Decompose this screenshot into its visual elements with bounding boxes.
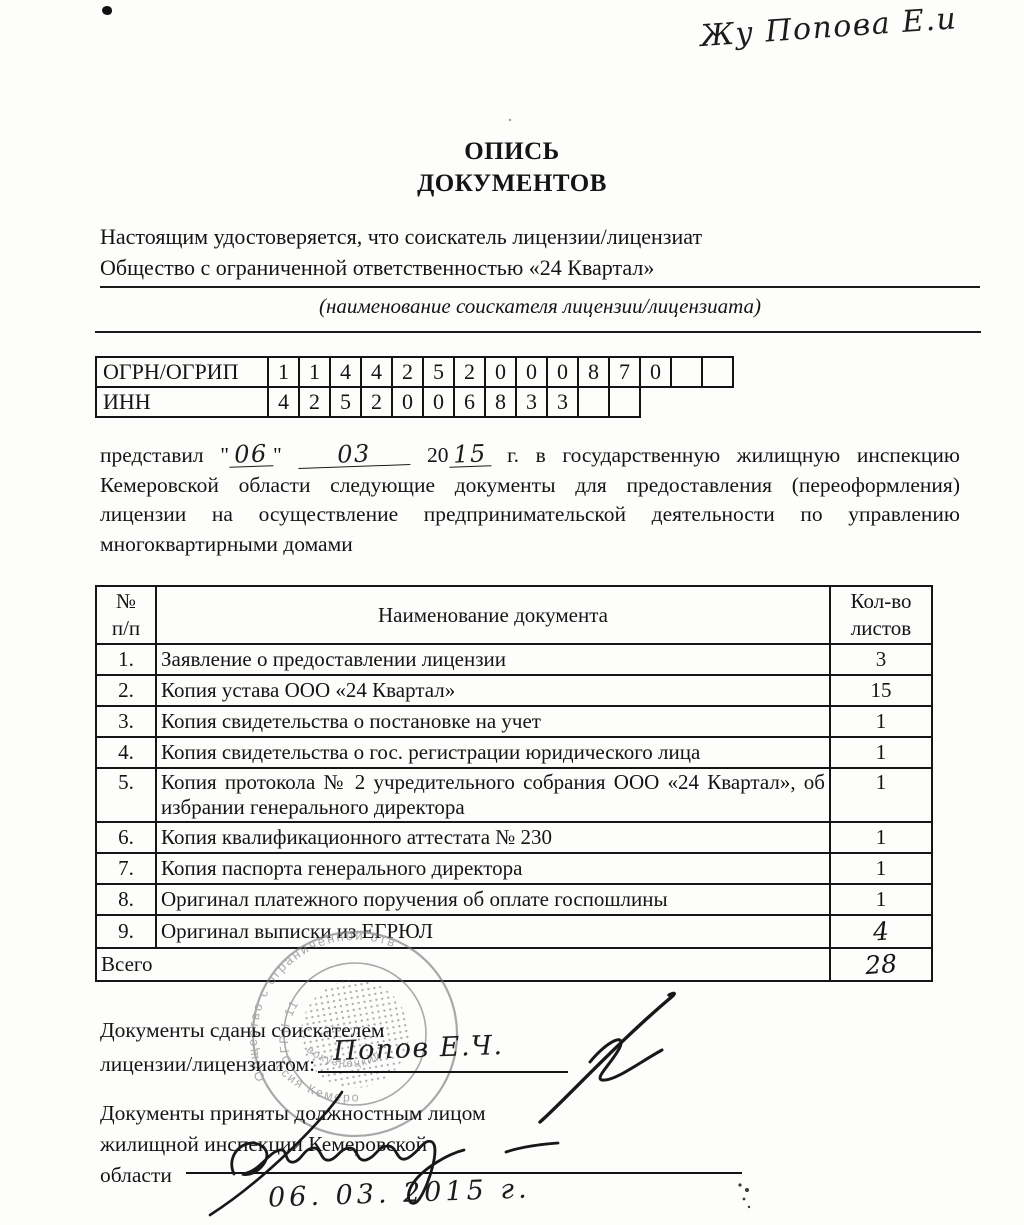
scanned-document-page: Жу Попова Е.и ОПИСЬ ДОКУМЕНТОВ Настоящим… [0,0,1024,1225]
row-name: Копия свидетельства о гос. регистрации ю… [156,737,830,768]
inn-digit-empty [608,386,641,418]
inn-digit: 4 [267,386,300,418]
row-name: Копия паспорта генерального директора [156,853,830,884]
row-count: 1 [830,737,932,768]
ogrn-digit-empty [701,356,734,388]
row-num: 4. [96,737,156,768]
row-count: 3 [830,644,932,675]
row-num: 6. [96,822,156,853]
row-name: Копия свидетельства о постановке на учет [156,706,830,737]
submission-year-prefix: 20 [410,443,448,467]
inn-digit: 8 [484,386,517,418]
ogrn-digit: 0 [484,356,517,388]
header-num-line2: п/п [101,615,151,642]
ogrn-digit: 0 [546,356,579,388]
row-name: Оригинал платежного поручения об оплате … [156,884,830,915]
submission-after-year: г. [491,443,536,467]
row-num: 2. [96,675,156,706]
applicant-signature-flourish [590,1040,662,1080]
inn-digit: 5 [329,386,362,418]
registry-grid: ОГРН/ОГРИП 1 1 4 4 2 5 2 0 0 0 8 7 0 ИНН… [95,356,734,418]
header-count-line2: листов [835,615,927,642]
intro-caption: (наименование соискателя лицензии/лиценз… [100,291,980,322]
table-row: 5. Копия протокола № 2 учредительного со… [96,768,932,822]
ogrn-digit: 7 [608,356,641,388]
received-line2: жилищной инспекции Кемеровской [100,1129,486,1160]
table-row: 1. Заявление о предоставлении лицензии 3 [96,644,932,675]
row-num: 3. [96,706,156,737]
inn-digit: 3 [515,386,548,418]
total-value-handwritten: 28 [829,944,933,984]
intro-block: Настоящим удостоверяется, что соискатель… [100,221,980,322]
ogrn-digit: 1 [267,356,300,388]
inn-digit: 2 [360,386,393,418]
submission-after-day: " [273,443,298,467]
row-num: 8. [96,884,156,915]
top-right-handwriting: Жу Попова Е.и [699,0,1021,54]
horizontal-rule [95,331,981,333]
inn-digit-empty [577,386,610,418]
ink-dot [102,6,112,15]
handwritten-year: 15 [448,441,491,467]
row-count: 1 [830,768,932,822]
table-row: 3. Копия свидетельства о постановке на у… [96,706,932,737]
ogrn-digit-empty [670,356,703,388]
ogrn-digit: 2 [391,356,424,388]
inn-digit: 3 [546,386,579,418]
inn-row: ИНН 4 2 5 2 0 0 6 8 3 3 [95,386,734,418]
title-line2: ДОКУМЕНТОВ [0,168,1024,200]
row-count: 1 [830,884,932,915]
received-line1: Документы приняты должностным лицом [100,1098,486,1129]
header-num-line1: № [101,588,151,615]
row-count: 1 [830,822,932,853]
ogrn-digit: 4 [329,356,362,388]
header-num: № п/п [96,586,156,644]
inn-digit: 0 [391,386,424,418]
table-row: 2. Копия устава ООО «24 Квартал» 15 [96,675,932,706]
ogrn-row: ОГРН/ОГРИП 1 1 4 4 2 5 2 0 0 0 8 7 0 [95,356,734,388]
table-row: 8. Оригинал платежного поручения об опла… [96,884,932,915]
header-count: Кол-во листов [830,586,932,644]
submission-paragraph: представил "06" 03 2015 г. в государстве… [100,441,960,559]
document-title: ОПИСЬ ДОКУМЕНТОВ [0,136,1024,200]
inn-digit: 0 [422,386,455,418]
ogrn-digit: 8 [577,356,610,388]
row-num: 7. [96,853,156,884]
intro-line1: Настоящим удостоверяется, что соискатель… [100,224,702,249]
handwritten-day: 06 [229,441,274,468]
official-signature-dash [506,1143,558,1152]
row-name: Копия протокола № 2 учредительного собра… [156,768,830,822]
ogrn-digit: 5 [422,356,455,388]
ogrn-digit: 1 [298,356,331,388]
inn-digit: 2 [298,386,331,418]
applicant-signature [540,993,674,1122]
ogrn-digit: 4 [360,356,393,388]
table-header-row: № п/п Наименование документа Кол-во лист… [96,586,932,644]
row-num: 9. [96,915,156,948]
row-name: Копия квалификационного аттестата № 230 [156,822,830,853]
inn-label: ИНН [95,386,269,418]
header-name: Наименование документа [156,586,830,644]
signature-line [186,1172,742,1174]
row-count: 1 [830,853,932,884]
ogrn-digit: 2 [453,356,486,388]
header-count-line1: Кол-во [835,588,927,615]
applicant-name-line: Общество с ограниченной ответственностью… [100,252,980,288]
row-count: 1 [830,706,932,737]
row-name: Заявление о предоставлении лицензии [156,644,830,675]
row-count: 15 [830,675,932,706]
submitted-name-handwritten: Попов Е.Ч. [333,1030,504,1067]
ogrn-digit: 0 [639,356,672,388]
signature-line [318,1071,568,1073]
table-row: 6. Копия квалификационного аттестата № 2… [96,822,932,853]
row-num: 5. [96,768,156,822]
title-line1: ОПИСЬ [0,136,1024,168]
table-row: 4. Копия свидетельства о гос. регистраци… [96,737,932,768]
ogrn-digit: 0 [515,356,548,388]
table-row: 7. Копия паспорта генерального директора… [96,853,932,884]
submission-prefix: представил " [100,443,229,467]
row-num: 1. [96,644,156,675]
ogrn-label: ОГРН/ОГРИП [95,356,269,388]
inn-digit: 6 [453,386,486,418]
row-name: Копия устава ООО «24 Квартал» [156,675,830,706]
handwritten-month: 03 [298,440,411,469]
